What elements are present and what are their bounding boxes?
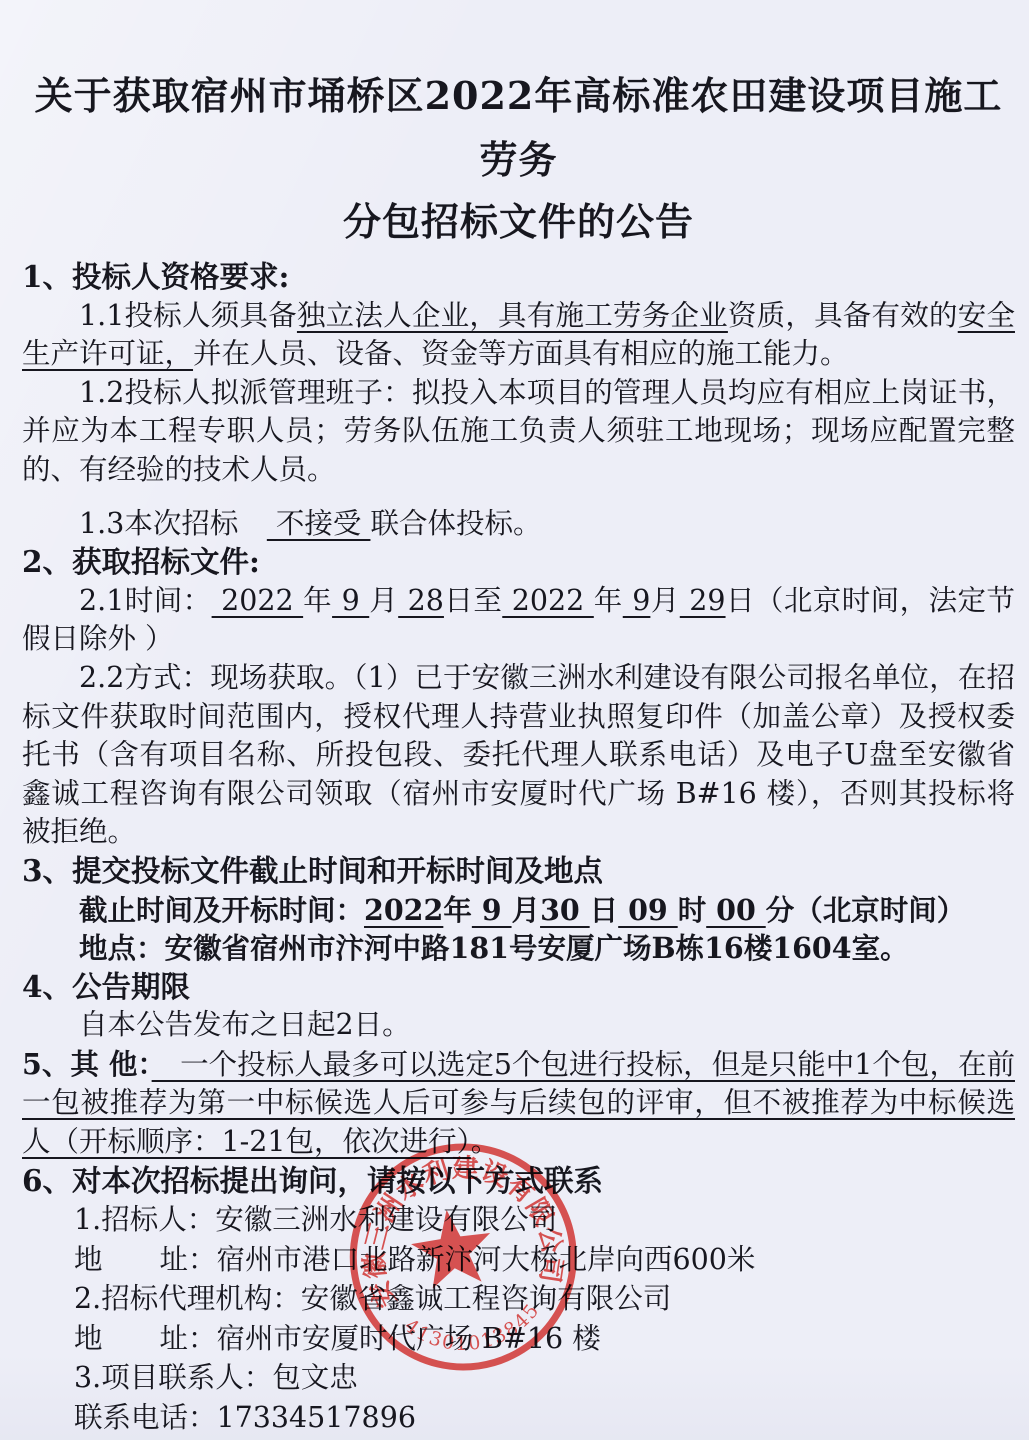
text-segment: 分（北京时间） [766, 893, 966, 927]
text-segment: 2022 [502, 584, 594, 617]
contact-person: 3.项目联系人：包文忠 [74, 1358, 1015, 1398]
section-6-heading: 6、对本次招标提出询问，请按以下方式联系 [22, 1162, 1015, 1201]
section-4-heading: 4、公告期限 [22, 968, 1015, 1007]
text-segment: 1.1投标人须具备 [79, 299, 297, 332]
clause-5-others: 5、其 他： 一个投标人最多可以选定5个包进行投标，但是只能中1个包，在前一包被… [22, 1045, 1015, 1162]
text-segment: 不接受 [267, 507, 371, 540]
text-segment: 月 [650, 584, 679, 617]
section-2-heading: 2、获取招标文件: [22, 543, 1015, 582]
clause-2-2-method: 2.2方式：现场获取。（1）已于安徽三洲水利建设有限公司报名单位，在招标文件获取… [22, 659, 1015, 852]
text-segment: 29 [680, 584, 726, 617]
text-segment: 日 [590, 893, 619, 927]
text-segment: 联合体投标。 [370, 507, 541, 540]
clause-1-3-no-consortium: 1.3本次招标 不接受 联合体投标。 [22, 505, 1015, 544]
section-3-heading: 3、提交投标文件截止时间和开标时间及地点 [22, 852, 1015, 891]
clause-3-location: 地点：安徽省宿州市汴河中路181号安厦广场B栋16楼1604室。 [22, 929, 1015, 968]
text-segment: 时 [678, 893, 707, 927]
text-segment: 月 [512, 893, 541, 927]
scanned-announcement-page: 关于获取宿州市埇桥区2022年高标准农田建设项目施工劳务 分包招标文件的公告 1… [0, 0, 1029, 1440]
text-segment: 截止时间及开标时间： [79, 893, 364, 927]
text-segment: 独立法人企业，具有施工劳务企业 [297, 299, 728, 332]
clause-4-period: 自本公告发布之日起2日。 [22, 1006, 1015, 1045]
text-segment: 年 [594, 584, 623, 617]
document-title-line1: 关于获取宿州市埇桥区2022年高标准农田建设项目施工劳务 [22, 64, 1015, 192]
clause-1-1-qualifications: 1.1投标人须具备独立法人企业，具有施工劳务企业资质，具备有效的安全生产许可证，… [22, 297, 1015, 374]
contact-agency-address: 地 址：宿州市安厦时代广场 B#16 楼 [74, 1319, 1015, 1359]
section-1-heading: 1、投标人资格要求: [22, 258, 1015, 297]
document-title-line2: 分包招标文件的公告 [22, 192, 1015, 252]
text-segment: 2022 [364, 893, 443, 927]
text-segment: 日至 [444, 584, 502, 617]
text-segment: 并在人员、设备、资金等方面具有相应的施工能力。 [193, 337, 849, 370]
document-body: 关于获取宿州市埇桥区2022年高标准农田建设项目施工劳务 分包招标文件的公告 1… [0, 0, 1029, 1437]
text-segment: 年 [443, 893, 472, 927]
text-segment: 9 [623, 584, 651, 617]
clause-3-deadline: 截止时间及开标时间：2022年 9 月30 日 09 时 00 分（北京时间） [22, 891, 1015, 930]
clause-1-2-management-team: 1.2投标人拟派管理班子：拟投入本项目的管理人员均应有相应上岗证书，并应为本工程… [22, 374, 1015, 490]
text-segment: 资质，具备有效的 [728, 299, 958, 332]
text-segment: 09 [618, 893, 678, 927]
text-segment: 。 [471, 1125, 500, 1158]
contact-tenderer-address: 地 址：宿州市港口北路新汴河大桥北岸向西600米 [74, 1240, 1015, 1280]
text-segment: 30 [540, 893, 590, 927]
text-segment: 1.3本次招标 [79, 507, 267, 540]
contact-phone: 联系电话：17334517896 [74, 1398, 1015, 1438]
contact-agency: 2.招标代理机构：安徽省鑫诚工程咨询有限公司 [74, 1279, 1015, 1319]
text-segment: 28 [398, 584, 444, 617]
text-segment: 5、其 他： [22, 1047, 152, 1081]
text-segment: 9 [472, 893, 512, 927]
text-segment: 年 [303, 584, 332, 617]
text-segment: 2.1时间： [79, 584, 212, 617]
contact-tenderer: 1.招标人：安徽三洲水利建设有限公司 [74, 1200, 1015, 1240]
text-segment: 9 [332, 584, 369, 617]
text-segment: 一个投标人最多可以选定5个包进行投标，但是只能中1个包，在前一包被推荐为第一中标… [22, 1048, 1015, 1158]
text-segment: 00 [706, 893, 766, 927]
text-segment: 月 [369, 584, 398, 617]
clause-2-1-time: 2.1时间： 2022 年 9 月 28日至 2022 年 9月 29日（北京时… [22, 582, 1015, 659]
text-segment: 2022 [212, 584, 304, 617]
contact-block: 1.招标人：安徽三洲水利建设有限公司 地 址：宿州市港口北路新汴河大桥北岸向西6… [22, 1200, 1015, 1437]
